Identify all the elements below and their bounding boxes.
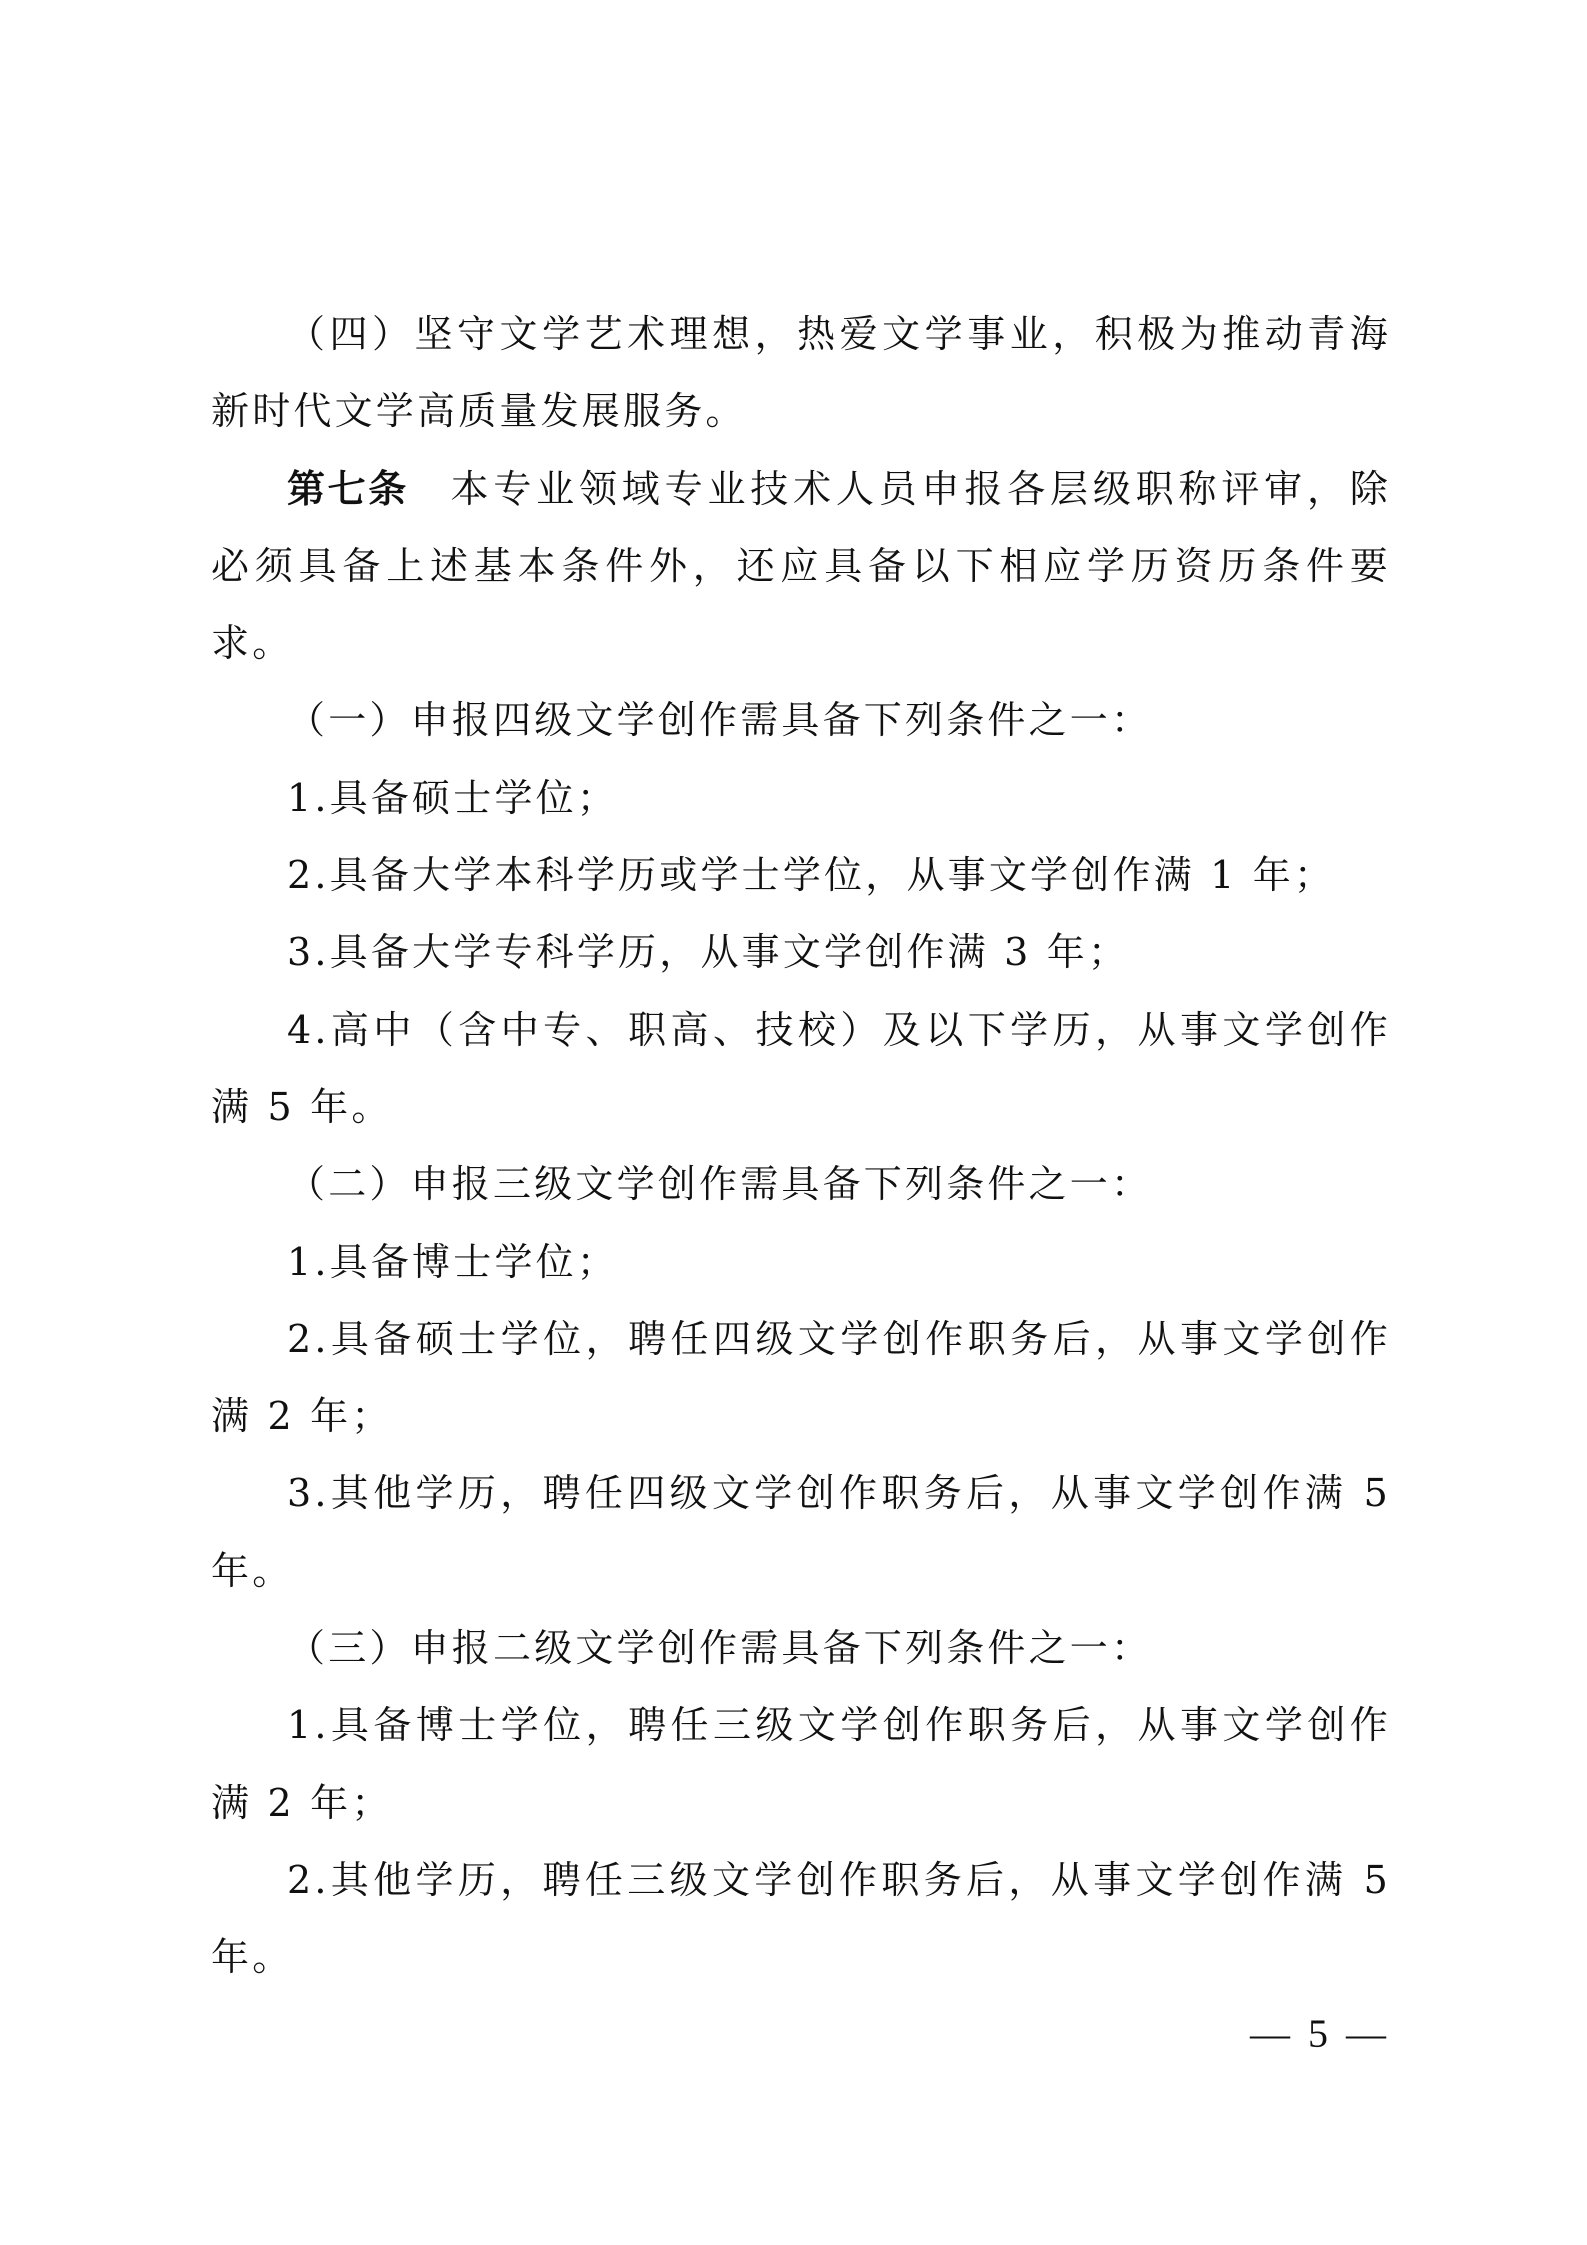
list-item: 2.具备大学本科学历或学士学位，从事文学创作满 1 年； (211, 837, 1391, 914)
paragraph-item-4: （四）坚守文学艺术理想，热爱文学事业，积极为推动青海新时代文学高质量发展服务。 (211, 296, 1391, 451)
list-item: 1.具备硕士学位； (211, 760, 1391, 837)
list-item: 2.具备硕士学位，聘任四级文学创作职务后，从事文学创作满 2 年； (211, 1301, 1391, 1456)
list-item: 1.具备博士学位，聘任三级文学创作职务后，从事文学创作满 2 年； (211, 1687, 1391, 1842)
list-item: 2.其他学历，聘任三级文学创作职务后，从事文学创作满 5 年。 (211, 1842, 1391, 1997)
page-number: — 5 — (1250, 2010, 1390, 2057)
section-1-heading: （一）申报四级文学创作需具备下列条件之一： (211, 682, 1391, 759)
list-item: 3.具备大学专科学历，从事文学创作满 3 年； (211, 914, 1391, 991)
section-3-heading: （三）申报二级文学创作需具备下列条件之一： (211, 1610, 1391, 1687)
list-item: 3.其他学历，聘任四级文学创作职务后，从事文学创作满 5 年。 (211, 1455, 1391, 1610)
list-item: 1.具备博士学位； (211, 1224, 1391, 1301)
article-heading: 第七条 (287, 467, 409, 511)
list-item: 4.高中（含中专、职高、技校）及以下学历，从事文学创作满 5 年。 (211, 992, 1391, 1147)
section-2-heading: （二）申报三级文学创作需具备下列条件之一： (211, 1146, 1391, 1223)
document-body: （四）坚守文学艺术理想，热爱文学事业，积极为推动青海新时代文学高质量发展服务。 … (211, 296, 1391, 1997)
document-page: （四）坚守文学艺术理想，热爱文学事业，积极为推动青海新时代文学高质量发展服务。 … (0, 0, 1587, 2245)
article-7-paragraph: 第七条本专业领域专业技术人员申报各层级职称评审，除必须具备上述基本条件外，还应具… (211, 451, 1391, 683)
